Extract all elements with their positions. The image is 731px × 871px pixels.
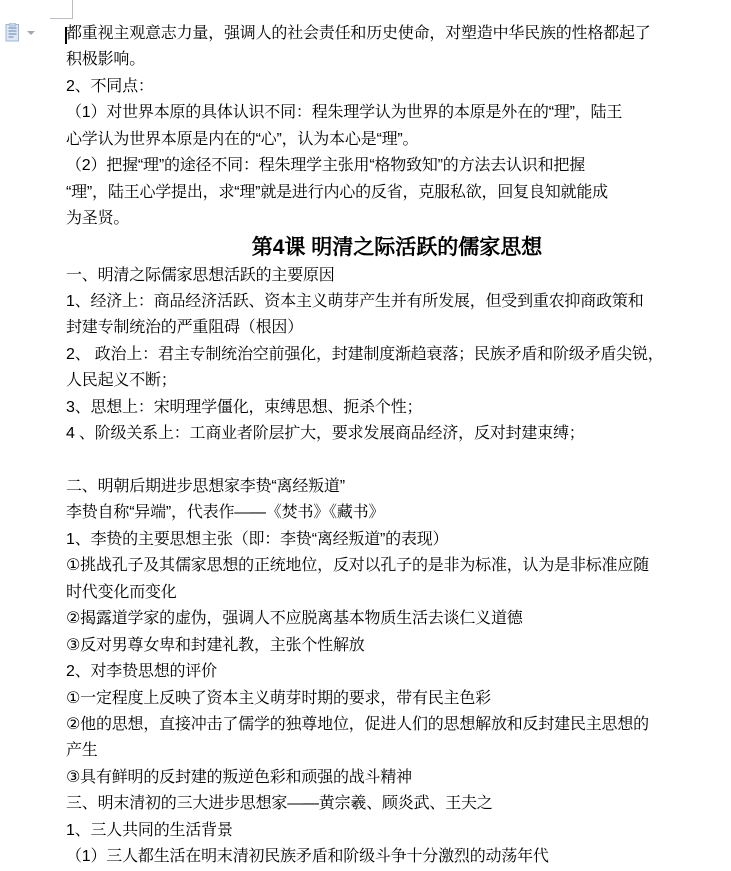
text-line[interactable]: 三、明末清初的三大进步思想家——黄宗羲、顾炎武、王夫之 [66,791,728,817]
paste-options-document-icon [4,23,21,43]
text-line[interactable]: 积极影响。 [66,47,728,73]
text-line[interactable]: 1、经济上：商品经济活跃、资本主义萌芽产生并有所发展，但受到重农抑商政策和 [66,289,728,315]
text-line[interactable]: 二、明朝后期进步思想家李贽“离经叛道” [66,474,728,500]
document-page: 都重视主观意志力量，强调人的社会责任和历史使命，对塑造中华民族的性格都起了积极影… [0,0,731,871]
text-line[interactable]: 为圣贤。 [66,206,728,232]
document-text[interactable]: 都重视主观意志力量，强调人的社会责任和历史使命，对塑造中华民族的性格都起了积极影… [66,21,728,871]
text-line[interactable]: 李贽自称“异端”，代表作——《焚书》《藏书》 [66,500,728,526]
text-line[interactable]: 心学认为世界本原是内在的“心”，认为本心是“理”。 [66,127,728,153]
text-boundary-corner-mark-horizontal [50,18,73,19]
text-line[interactable]: 1、李贽的主要思想主张（即：李贽“离经叛道”的表现） [66,527,728,553]
text-line[interactable]: 一、明清之际儒家思想活跃的主要原因 [66,263,728,289]
text-line[interactable]: 产生 [66,738,728,764]
text-line[interactable]: ②他的思想，直接冲击了儒学的独尊地位，促进人们的思想解放和反封建民主思想的 [66,712,728,738]
text-line[interactable]: ②揭露道学家的虚伪，强调人不应脱离基本物质生活去谈仁义道德 [66,606,728,632]
text-line[interactable]: 封建专制统治的严重阻碍（根因） [66,315,728,341]
text-line[interactable]: （1）对世界本原的具体认识不同：程朱理学认为世界的本原是外在的“理”，陆王 [66,100,728,126]
text-line[interactable]: ③反对男尊女卑和封建礼教，主张个性解放 [66,633,728,659]
text-line[interactable]: ①挑战孔子及其儒家思想的正统地位，反对以孔子的是非为标准，认为是非标准应随 [66,553,728,579]
text-line[interactable]: 时代变化而变化 [66,580,728,606]
chevron-down-icon [27,31,35,35]
text-line[interactable]: 2、 政治上：君主专制统治空前强化，封建制度渐趋衰落；民族矛盾和阶级矛盾尖锐， [66,342,728,368]
text-line[interactable]: ①一定程度上反映了资本主义萌芽时期的要求，带有民主色彩 [66,686,728,712]
text-line[interactable]: 3、思想上：宋明理学僵化，束缚思想、扼杀个性； [66,395,728,421]
text-line[interactable]: “理”，陆王心学提出，求“理”就是进行内心的反省，克服私欲，回复良知就能成 [66,180,728,206]
text-line[interactable]: 2、不同点： [66,74,728,100]
text-line[interactable]: （1）三人都生活在明末清初民族矛盾和阶级斗争十分激烈的动荡年代 [66,844,728,870]
text-line[interactable]: 人民起义不断； [66,368,728,394]
lesson-heading[interactable]: 第4课 明清之际活跃的儒家思想 [66,233,728,263]
text-boundary-corner-mark-vertical [72,0,73,18]
text-line[interactable]: ③具有鲜明的反封建的叛逆色彩和顽强的战斗精神 [66,765,728,791]
blank-line [66,448,728,474]
text-line[interactable]: 2、对李贽思想的评价 [66,659,728,685]
text-line[interactable]: 都重视主观意志力量，强调人的社会责任和历史使命，对塑造中华民族的性格都起了 [66,21,728,47]
paste-options-button[interactable] [4,22,40,44]
text-line[interactable]: 4 、阶级关系上：工商业者阶层扩大，要求发展商品经济，反对封建束缚； [66,421,728,447]
text-line[interactable]: 1、三人共同的生活背景 [66,818,728,844]
text-line[interactable]: （2）把握“理”的途径不同：程朱理学主张用“格物致知”的方法去认识和把握 [66,153,728,179]
